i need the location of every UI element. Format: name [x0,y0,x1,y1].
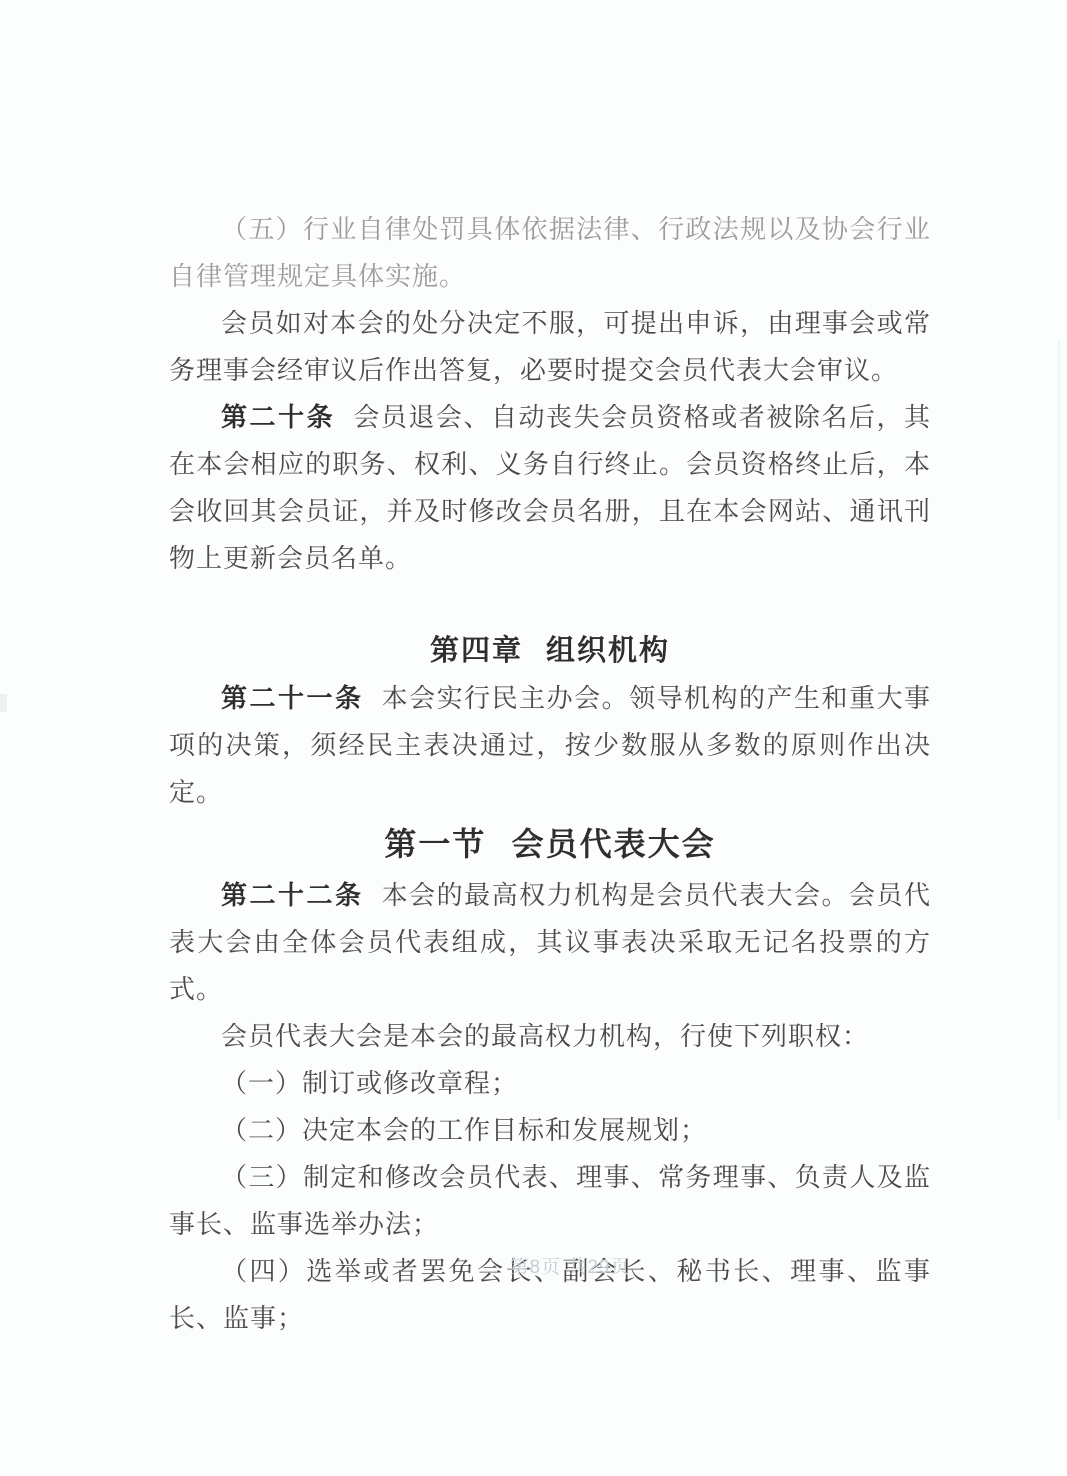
article-22-paragraph: 第二十二条本会的最高权力机构是会员代表大会。会员代表大会由全体会员代表组成，其议… [169,872,931,1013]
section-1-heading: 第一节 会员代表大会 [169,816,931,872]
article-21-number: 第二十一条 [221,683,363,713]
scanned-document-page: （五）行业自律处罚具体依据法律、行政法规以及协会行业自律管理规定具体实施。 会员… [0,0,1067,1476]
chapter-4-heading: 第四章 组织机构 [169,628,931,675]
article-20-number: 第二十条 [221,402,335,432]
power-item-2: （二）决定本会的工作目标和发展规划； [169,1107,931,1154]
powers-intro-paragraph: 会员代表大会是本会的最高权力机构，行使下列职权： [169,1013,931,1060]
appeal-paragraph: 会员如对本会的处分决定不服，可提出申诉，由理事会或常务理事会经审议后作出答复，必… [169,300,931,394]
article-20-paragraph: 第二十条会员退会、自动丧失会员资格或者被除名后，其在本会相应的职务、权利、义务自… [169,394,931,582]
power-item-1: （一）制订或修改章程； [169,1060,931,1107]
article-21-paragraph: 第二十一条本会实行民主办会。领导机构的产生和重大事项的决策，须经民主表决通过，按… [169,675,931,816]
scan-edge-artifact-right [1058,340,1060,1120]
page-number: 第8页 共29页 [169,1252,931,1279]
power-item-3: （三）制定和修改会员代表、理事、常务理事、负责人及监事长、监事选举办法； [169,1154,931,1248]
scan-edge-artifact-left [0,694,7,712]
document-body: （五）行业自律处罚具体依据法律、行政法规以及协会行业自律管理规定具体实施。 会员… [169,206,931,1342]
clause-5-paragraph: （五）行业自律处罚具体依据法律、行政法规以及协会行业自律管理规定具体实施。 [169,206,931,300]
article-22-number: 第二十二条 [221,880,363,910]
